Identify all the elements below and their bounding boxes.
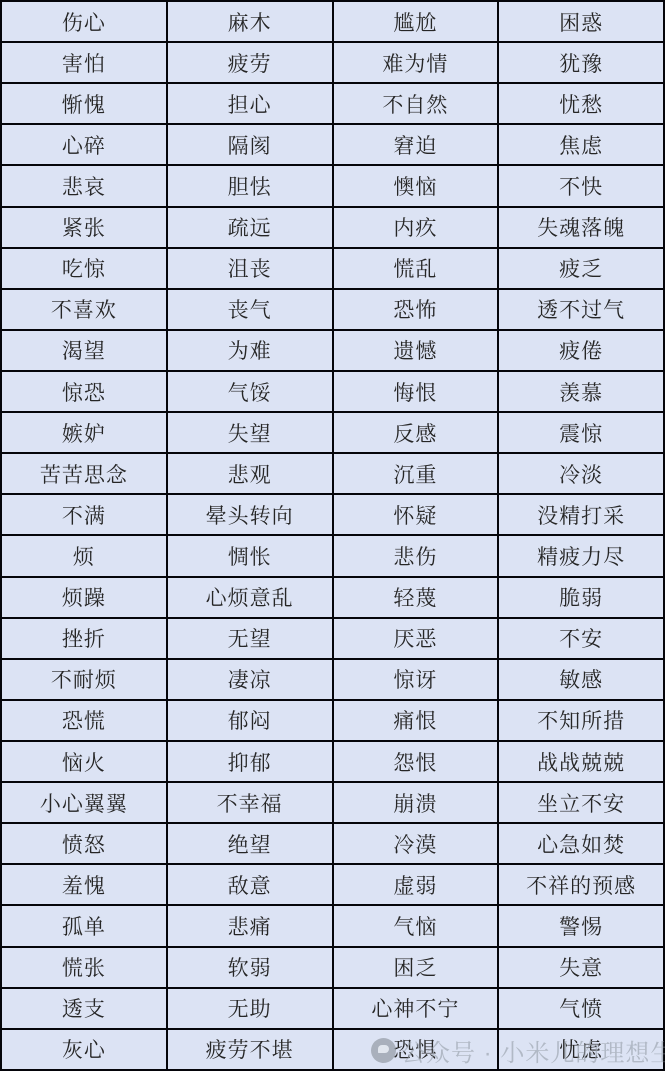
table-row: 嫉妒失望反感震惊 — [1, 412, 664, 453]
table-row: 心碎隔阂窘迫焦虑 — [1, 124, 664, 165]
table-cell: 不喜欢 — [1, 289, 167, 330]
table-cell: 不幸福 — [167, 782, 333, 823]
table-row: 害怕疲劳难为情犹豫 — [1, 42, 664, 83]
table-cell: 抑郁 — [167, 741, 333, 782]
table-row: 伤心麻木尴尬困惑 — [1, 1, 664, 42]
table-row: 慌张软弱困乏失意 — [1, 947, 664, 988]
table-cell: 悔恨 — [333, 371, 499, 412]
table-row: 灰心疲劳不堪恐惧忧虑 — [1, 1029, 664, 1070]
table-cell: 脆弱 — [498, 577, 664, 618]
table-cell: 不自然 — [333, 83, 499, 124]
table-cell: 隔阂 — [167, 124, 333, 165]
table-cell: 心碎 — [1, 124, 167, 165]
table-cell: 孤单 — [1, 905, 167, 946]
table-cell: 气馁 — [167, 371, 333, 412]
table-cell: 心急如焚 — [498, 823, 664, 864]
table-cell: 凄凉 — [167, 659, 333, 700]
table-cell: 烦躁 — [1, 577, 167, 618]
table-cell: 苦苦思念 — [1, 453, 167, 494]
table-cell: 轻蔑 — [333, 577, 499, 618]
table-cell: 沉重 — [333, 453, 499, 494]
table-cell: 战战兢兢 — [498, 741, 664, 782]
table-cell: 震惊 — [498, 412, 664, 453]
table-cell: 焦虑 — [498, 124, 664, 165]
table-cell: 丧气 — [167, 289, 333, 330]
table-row: 苦苦思念悲观沉重冷淡 — [1, 453, 664, 494]
table-row: 渴望为难遗憾疲倦 — [1, 330, 664, 371]
table-cell: 小心翼翼 — [1, 782, 167, 823]
table-cell: 警惕 — [498, 905, 664, 946]
table-cell: 疲劳不堪 — [167, 1029, 333, 1070]
table-row: 不满晕头转向怀疑没精打采 — [1, 494, 664, 535]
table-cell: 尴尬 — [333, 1, 499, 42]
table-cell: 不耐烦 — [1, 659, 167, 700]
emotion-words-page: 伤心麻木尴尬困惑害怕疲劳难为情犹豫惭愧担心不自然忧愁心碎隔阂窘迫焦虑悲哀胆怯懊恼… — [0, 0, 665, 1071]
table-cell: 忧虑 — [498, 1029, 664, 1070]
table-cell: 羞愧 — [1, 864, 167, 905]
table-cell: 软弱 — [167, 947, 333, 988]
table-cell: 慌张 — [1, 947, 167, 988]
table-cell: 恐慌 — [1, 700, 167, 741]
table-cell: 忧愁 — [498, 83, 664, 124]
table-cell: 愤怒 — [1, 823, 167, 864]
table-row: 吃惊沮丧慌乱疲乏 — [1, 248, 664, 289]
table-cell: 惊恐 — [1, 371, 167, 412]
table-cell: 无望 — [167, 618, 333, 659]
table-cell: 不安 — [498, 618, 664, 659]
table-row: 悲哀胆怯懊恼不快 — [1, 165, 664, 206]
table-cell: 为难 — [167, 330, 333, 371]
table-cell: 困乏 — [333, 947, 499, 988]
table-cell: 困惑 — [498, 1, 664, 42]
table-cell: 嫉妒 — [1, 412, 167, 453]
table-cell: 冷淡 — [498, 453, 664, 494]
table-cell: 无助 — [167, 988, 333, 1029]
table-row: 不耐烦凄凉惊讶敏感 — [1, 659, 664, 700]
table-cell: 紧张 — [1, 207, 167, 248]
emotion-words-table: 伤心麻木尴尬困惑害怕疲劳难为情犹豫惭愧担心不自然忧愁心碎隔阂窘迫焦虑悲哀胆怯懊恼… — [0, 0, 665, 1071]
table-row: 烦惆怅悲伤精疲力尽 — [1, 535, 664, 576]
table-cell: 气愤 — [498, 988, 664, 1029]
table-cell: 疏远 — [167, 207, 333, 248]
emotion-words-table-body: 伤心麻木尴尬困惑害怕疲劳难为情犹豫惭愧担心不自然忧愁心碎隔阂窘迫焦虑悲哀胆怯懊恼… — [1, 1, 664, 1070]
table-cell: 麻木 — [167, 1, 333, 42]
table-cell: 精疲力尽 — [498, 535, 664, 576]
table-row: 孤单悲痛气恼警惕 — [1, 905, 664, 946]
table-cell: 厌恶 — [333, 618, 499, 659]
table-cell: 内疚 — [333, 207, 499, 248]
table-cell: 虚弱 — [333, 864, 499, 905]
table-cell: 崩溃 — [333, 782, 499, 823]
table-cell: 晕头转向 — [167, 494, 333, 535]
table-row: 烦躁心烦意乱轻蔑脆弱 — [1, 577, 664, 618]
table-row: 愤怒绝望冷漠心急如焚 — [1, 823, 664, 864]
table-cell: 失意 — [498, 947, 664, 988]
table-cell: 悲伤 — [333, 535, 499, 576]
table-cell: 伤心 — [1, 1, 167, 42]
table-row: 恼火抑郁怨恨战战兢兢 — [1, 741, 664, 782]
table-cell: 不祥的预感 — [498, 864, 664, 905]
table-cell: 心神不宁 — [333, 988, 499, 1029]
table-cell: 透不过气 — [498, 289, 664, 330]
table-cell: 不知所措 — [498, 700, 664, 741]
table-cell: 反感 — [333, 412, 499, 453]
table-cell: 恐惧 — [333, 1029, 499, 1070]
table-cell: 敏感 — [498, 659, 664, 700]
table-cell: 疲倦 — [498, 330, 664, 371]
table-row: 不喜欢丧气恐怖透不过气 — [1, 289, 664, 330]
table-cell: 不满 — [1, 494, 167, 535]
table-row: 挫折无望厌恶不安 — [1, 618, 664, 659]
table-cell: 气恼 — [333, 905, 499, 946]
table-row: 惭愧担心不自然忧愁 — [1, 83, 664, 124]
table-cell: 吃惊 — [1, 248, 167, 289]
table-cell: 慌乱 — [333, 248, 499, 289]
table-row: 透支无助心神不宁气愤 — [1, 988, 664, 1029]
table-cell: 懊恼 — [333, 165, 499, 206]
table-cell: 担心 — [167, 83, 333, 124]
table-cell: 胆怯 — [167, 165, 333, 206]
table-cell: 惭愧 — [1, 83, 167, 124]
table-cell: 冷漠 — [333, 823, 499, 864]
table-cell: 悲痛 — [167, 905, 333, 946]
table-cell: 疲劳 — [167, 42, 333, 83]
table-cell: 悲哀 — [1, 165, 167, 206]
table-cell: 悲观 — [167, 453, 333, 494]
table-cell: 失魂落魄 — [498, 207, 664, 248]
table-cell: 透支 — [1, 988, 167, 1029]
table-cell: 害怕 — [1, 42, 167, 83]
table-cell: 怀疑 — [333, 494, 499, 535]
table-cell: 烦 — [1, 535, 167, 576]
table-cell: 痛恨 — [333, 700, 499, 741]
table-cell: 坐立不安 — [498, 782, 664, 823]
table-row: 惊恐气馁悔恨羡慕 — [1, 371, 664, 412]
table-cell: 恼火 — [1, 741, 167, 782]
table-cell: 窘迫 — [333, 124, 499, 165]
table-cell: 恐怖 — [333, 289, 499, 330]
table-cell: 惆怅 — [167, 535, 333, 576]
table-cell: 失望 — [167, 412, 333, 453]
table-cell: 心烦意乱 — [167, 577, 333, 618]
table-cell: 惊讶 — [333, 659, 499, 700]
table-row: 小心翼翼不幸福崩溃坐立不安 — [1, 782, 664, 823]
table-cell: 郁闷 — [167, 700, 333, 741]
table-cell: 犹豫 — [498, 42, 664, 83]
table-cell: 挫折 — [1, 618, 167, 659]
table-cell: 疲乏 — [498, 248, 664, 289]
table-cell: 难为情 — [333, 42, 499, 83]
table-cell: 沮丧 — [167, 248, 333, 289]
table-cell: 绝望 — [167, 823, 333, 864]
table-cell: 渴望 — [1, 330, 167, 371]
table-cell: 遗憾 — [333, 330, 499, 371]
table-cell: 怨恨 — [333, 741, 499, 782]
table-row: 恐慌郁闷痛恨不知所措 — [1, 700, 664, 741]
table-row: 紧张疏远内疚失魂落魄 — [1, 207, 664, 248]
table-row: 羞愧敌意虚弱不祥的预感 — [1, 864, 664, 905]
table-cell: 羡慕 — [498, 371, 664, 412]
table-cell: 灰心 — [1, 1029, 167, 1070]
table-cell: 不快 — [498, 165, 664, 206]
table-cell: 敌意 — [167, 864, 333, 905]
table-cell: 没精打采 — [498, 494, 664, 535]
